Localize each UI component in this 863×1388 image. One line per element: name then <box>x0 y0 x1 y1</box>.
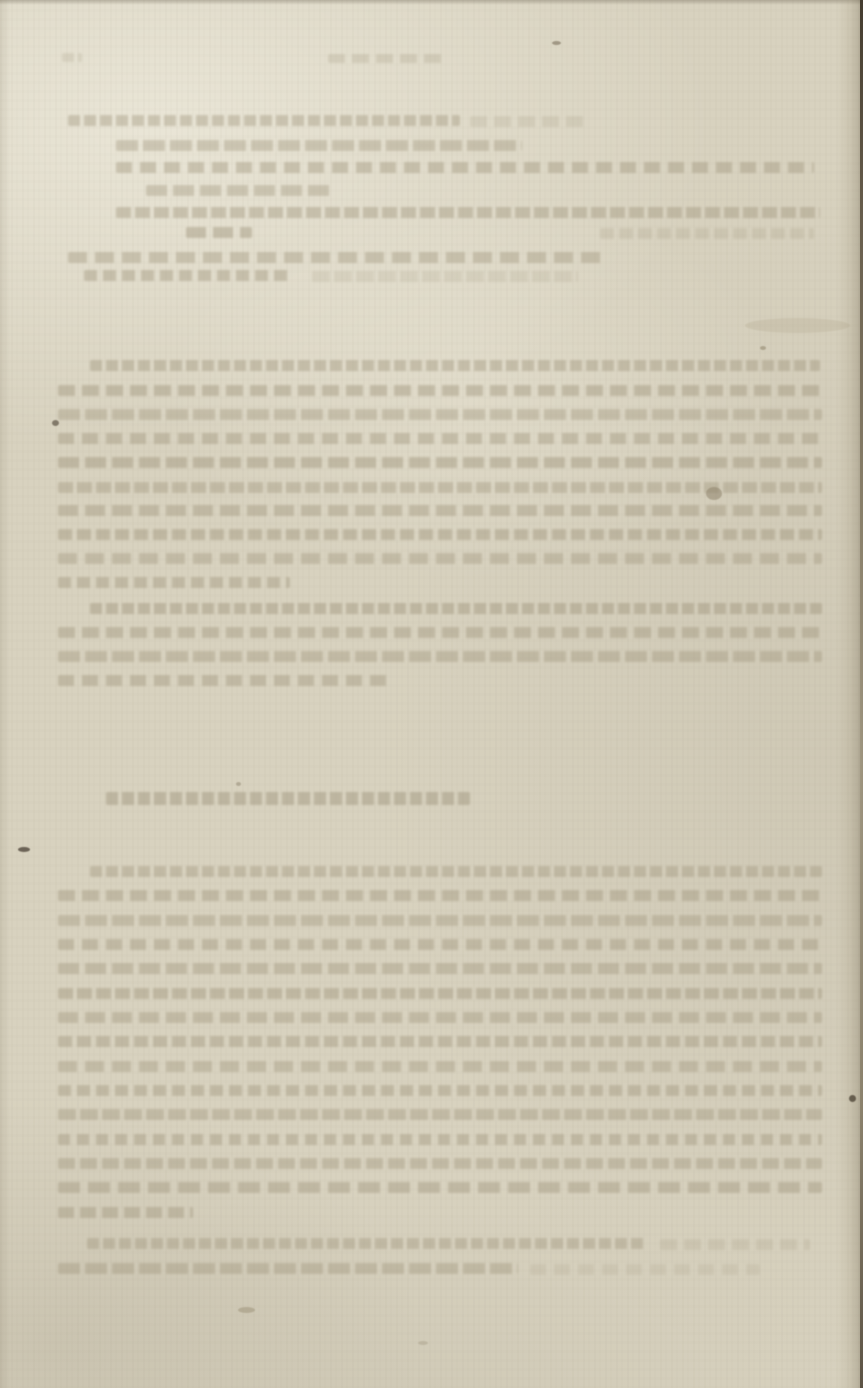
faded-text-line <box>58 385 822 396</box>
faded-text-line <box>90 603 822 614</box>
faded-text-line <box>58 529 822 540</box>
faded-text-line <box>90 866 822 877</box>
faded-text-line <box>58 1134 822 1145</box>
faded-text-line <box>600 228 814 239</box>
faded-text-line <box>58 1036 822 1047</box>
faded-text-line <box>58 963 822 974</box>
ink-speck <box>760 346 766 350</box>
faded-text-line <box>58 577 290 588</box>
ink-speck <box>418 1341 428 1345</box>
faded-text-line <box>58 627 822 638</box>
faded-text-line <box>116 140 522 151</box>
faded-heading-line <box>106 792 470 805</box>
faded-text-line <box>58 553 822 564</box>
paragraph-2 <box>0 0 863 1388</box>
paper-grain-vertical <box>0 0 863 1388</box>
faded-text-line <box>90 360 820 371</box>
paragraph-4 <box>0 0 863 1388</box>
faded-text-layer <box>0 0 863 1388</box>
faded-text-line <box>58 433 822 444</box>
faded-text-line <box>186 227 252 238</box>
ink-speck <box>706 487 722 500</box>
ink-speck <box>238 1307 255 1313</box>
faded-text-line <box>470 116 588 127</box>
page-header <box>0 0 863 1388</box>
scan-left-edge-shadow <box>0 0 10 1388</box>
faded-text-line <box>530 1264 760 1275</box>
ink-speck-layer <box>0 0 863 1388</box>
ink-speck <box>552 41 561 45</box>
faded-text-line <box>116 162 814 173</box>
scanned-page <box>0 0 863 1388</box>
paragraph-1 <box>0 0 863 1388</box>
scan-top-edge-shadow <box>0 0 863 5</box>
paragraph-3 <box>0 0 863 1388</box>
faded-text-line <box>58 1207 193 1218</box>
faded-text-line <box>58 1085 822 1096</box>
scan-right-edge-shadow <box>837 0 863 1388</box>
paper-grain-horizontal <box>0 0 863 1388</box>
faded-text-line <box>146 185 330 196</box>
list-block <box>0 0 863 1388</box>
faded-text-line <box>116 207 820 218</box>
faded-text-line <box>660 1239 810 1250</box>
faded-text-line <box>58 1158 822 1169</box>
faded-text-line <box>58 457 822 468</box>
faded-text-line <box>58 1263 518 1274</box>
faded-text-line <box>87 1238 647 1249</box>
faded-text-line <box>58 675 394 686</box>
faded-text-line <box>58 651 822 662</box>
faded-text-line <box>328 54 446 63</box>
faded-text-line <box>58 1109 822 1120</box>
faded-text-line <box>62 53 82 62</box>
faded-text-line <box>84 270 292 281</box>
faded-text-line <box>68 252 604 263</box>
faded-text-line <box>58 409 822 420</box>
ink-speck <box>849 1095 856 1102</box>
faded-text-line <box>58 988 822 999</box>
faded-text-line <box>58 915 822 926</box>
faded-text-line <box>58 890 822 901</box>
ink-speck <box>18 847 30 852</box>
faded-text-line <box>58 505 822 516</box>
faded-text-line <box>68 115 460 126</box>
ink-speck <box>236 782 241 786</box>
faded-text-line <box>58 939 822 950</box>
ink-speck <box>52 420 59 426</box>
faded-text-line <box>58 1061 822 1072</box>
faded-text-line <box>58 1182 822 1193</box>
ink-speck <box>745 318 850 333</box>
faded-text-line <box>58 482 822 493</box>
faded-text-line <box>58 1012 822 1023</box>
section-heading <box>0 0 863 1388</box>
faded-text-line <box>312 271 578 282</box>
